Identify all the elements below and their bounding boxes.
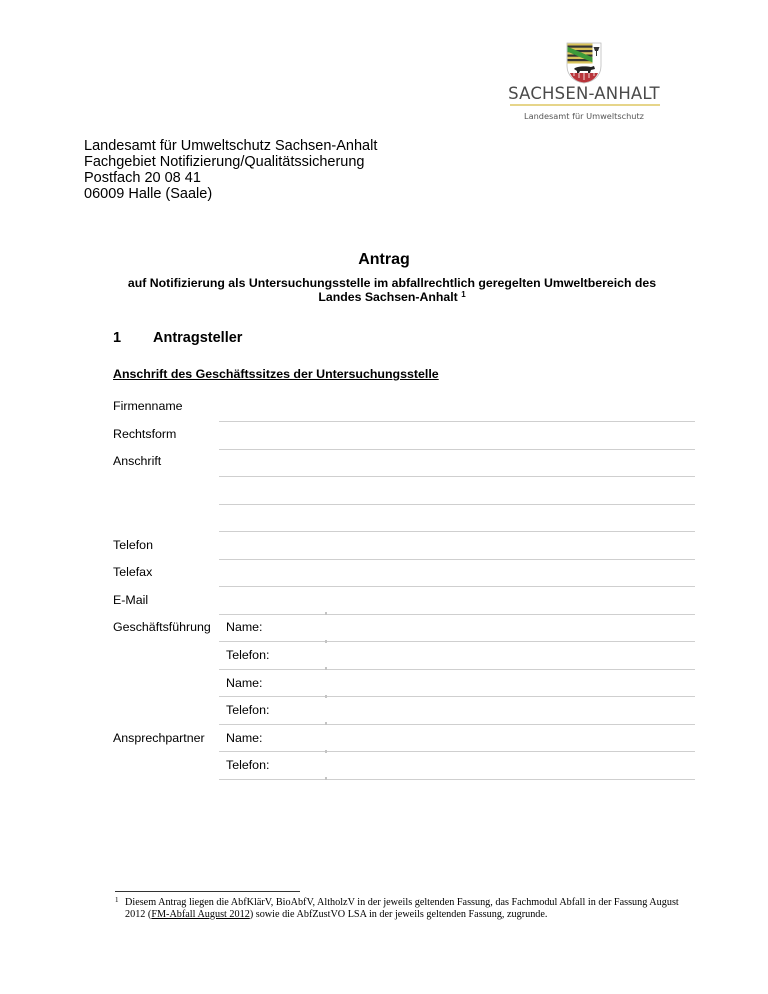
anschrift-field-2[interactable]: [219, 478, 695, 505]
label-firmenname: Firmenname: [113, 399, 183, 413]
label-geschaeftsfuehrung: Geschäftsführung: [113, 620, 211, 634]
email-input[interactable]: [219, 588, 695, 614]
rechtsform-input[interactable]: [219, 423, 695, 449]
label-telefon: Telefon: [113, 538, 153, 552]
telefon-input[interactable]: [219, 533, 695, 559]
footnote-separator: [115, 891, 300, 892]
anschrift-input-3[interactable]: [219, 505, 695, 531]
gf-name-2-field[interactable]: [219, 670, 695, 697]
label-anschrift: Anschrift: [113, 454, 161, 468]
telefon-field[interactable]: [219, 533, 695, 560]
gf-name-2-input[interactable]: [219, 670, 695, 696]
label-ansprechpartner: Ansprechpartner: [113, 731, 205, 745]
gf-name-1-field[interactable]: [219, 615, 695, 642]
footnote-text: Diesem Antrag liegen die AbfKlärV, BioAb…: [115, 897, 695, 920]
gf-telefon-1-input[interactable]: [219, 643, 695, 669]
anschrift-field-3[interactable]: [219, 505, 695, 532]
anschrift-input-2[interactable]: [219, 478, 695, 504]
label-rechtsform: Rechtsform: [113, 427, 176, 441]
ap-telefon-input[interactable]: [219, 753, 695, 779]
ap-name-field[interactable]: [219, 725, 695, 752]
label-email: E-Mail: [113, 593, 148, 607]
fm-abfall-link[interactable]: FM-Abfall August 2012: [151, 909, 249, 920]
anschrift-field-1[interactable]: [219, 450, 695, 477]
label-telefax: Telefax: [113, 565, 152, 579]
gf-telefon-2-input[interactable]: [219, 698, 695, 724]
firmenname-field[interactable]: [219, 395, 695, 422]
telefax-input[interactable]: [219, 560, 695, 586]
gf-name-1-input[interactable]: [219, 615, 695, 641]
rechtsform-field[interactable]: [219, 423, 695, 450]
email-field[interactable]: [219, 588, 695, 615]
footnote-text-after: ) sowie die AbfZustVO LSA in der jeweils…: [250, 909, 548, 920]
footnote: 1 Diesem Antrag liegen die AbfKlärV, Bio…: [115, 897, 695, 920]
telefax-field[interactable]: [219, 560, 695, 587]
footnote-mark: 1: [115, 895, 119, 907]
cell-divider: [325, 777, 327, 780]
gf-telefon-1-field[interactable]: [219, 643, 695, 670]
firmenname-input[interactable]: [219, 395, 695, 421]
gf-telefon-2-field[interactable]: [219, 698, 695, 725]
anschrift-input-1[interactable]: [219, 450, 695, 476]
ap-name-input[interactable]: [219, 725, 695, 751]
ap-telefon-field[interactable]: [219, 753, 695, 780]
applicant-form: Firmenname Rechtsform Anschrift Telefon …: [0, 0, 768, 994]
